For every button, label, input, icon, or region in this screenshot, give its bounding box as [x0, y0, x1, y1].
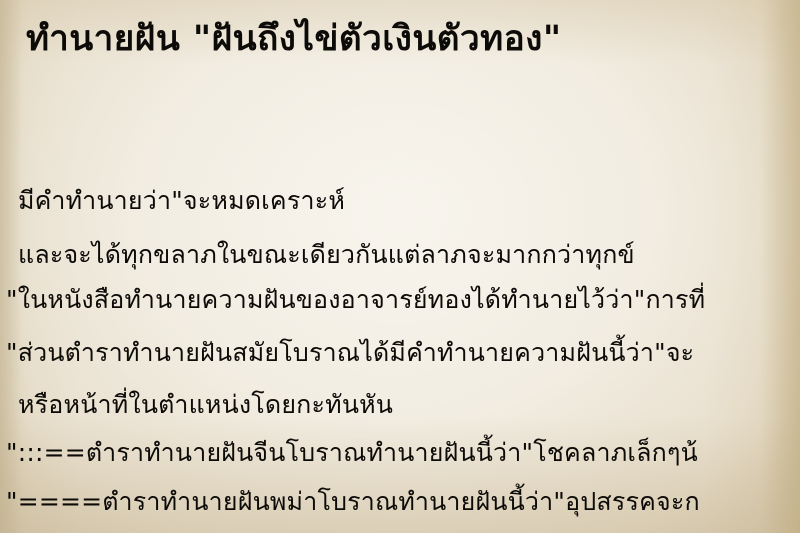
body-line-ancient-text: "ส่วนตำราทำนายฝันสมัยโบราณได้มีคำทำนายคว…: [6, 338, 694, 368]
body-line-prediction: มีคำทำนายว่า"จะหมดเคราะห์: [18, 186, 345, 216]
page-title: ทำนายฝัน "ฝันถึงไข่ตัวเงินตัวทอง": [26, 18, 562, 60]
body-line-burmese-text: "====ตำราทำนายฝันพม่าโบราณทำนายฝันนี้ว่า…: [6, 487, 700, 517]
body-line-master-thong: "ในหนังสือทำนายความฝันของอาจารย์ทองได้ทำ…: [6, 285, 705, 315]
dream-interpretation-page: ทำนายฝัน "ฝันถึงไข่ตัวเงินตัวทอง" มีคำทำ…: [0, 0, 800, 533]
body-line-position: หรือหน้าที่ในตำแหน่งโดยกะทันหัน: [18, 390, 393, 420]
body-line-chinese-text: ":::==ตำราทำนายฝันจีนโบราณทำนายฝันนี้ว่า…: [6, 438, 698, 468]
body-line-fortune: และจะได้ทุกขลาภในขณะเดียวกันแต่ลาภจะมากก…: [18, 240, 635, 270]
